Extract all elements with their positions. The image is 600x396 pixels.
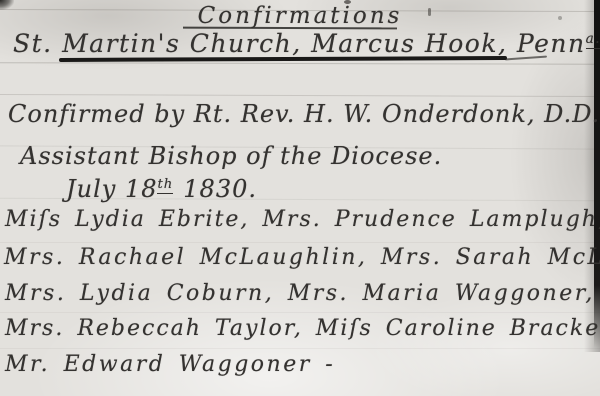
ruled-line — [0, 62, 600, 65]
date-year: 1830. — [183, 175, 257, 203]
confirmand-line: Mrs. Lydia Coburn, Mrs. Maria Waggoner, — [5, 281, 595, 306]
church-heading-text: St. Martin's Church, Marcus Hook, Penn — [13, 29, 586, 58]
confirmand-line: Mrs. Rebeccah Taylor, Miſs Caroline Brac… — [5, 316, 600, 341]
ruled-line — [0, 242, 600, 243]
date-line: July 18th1830. — [66, 175, 257, 203]
confirmand-line: Miſs Lydia Ebrite, Mrs. Prudence Lamplug… — [5, 207, 600, 232]
page-title: Confirmations — [0, 3, 600, 29]
church-heading: St. Martin's Church, Marcus Hook, Penna. — [13, 29, 600, 58]
ruled-line — [0, 94, 600, 97]
confirmed-by-line: Confirmed by Rt. Rev. H. W. Onderdonk, D… — [8, 100, 600, 128]
confirmand-line: Mrs. Rachael McLaughlin, Mrs. Sarah McLa… — [4, 245, 600, 270]
confirmand-line: Mr. Edward Waggoner - — [5, 352, 335, 377]
ruled-line — [0, 348, 600, 349]
date-day: July 18 — [66, 175, 157, 203]
church-heading-underline — [59, 56, 507, 62]
bishop-line: Assistant Bishop of the Diocese. — [20, 142, 442, 170]
ledger-page-photo: Confirmations St. Martin's Church, Marcu… — [0, 0, 600, 396]
ruled-line — [0, 312, 600, 313]
state-superscript: a. — [586, 31, 600, 49]
date-ordinal: th — [157, 177, 173, 194]
